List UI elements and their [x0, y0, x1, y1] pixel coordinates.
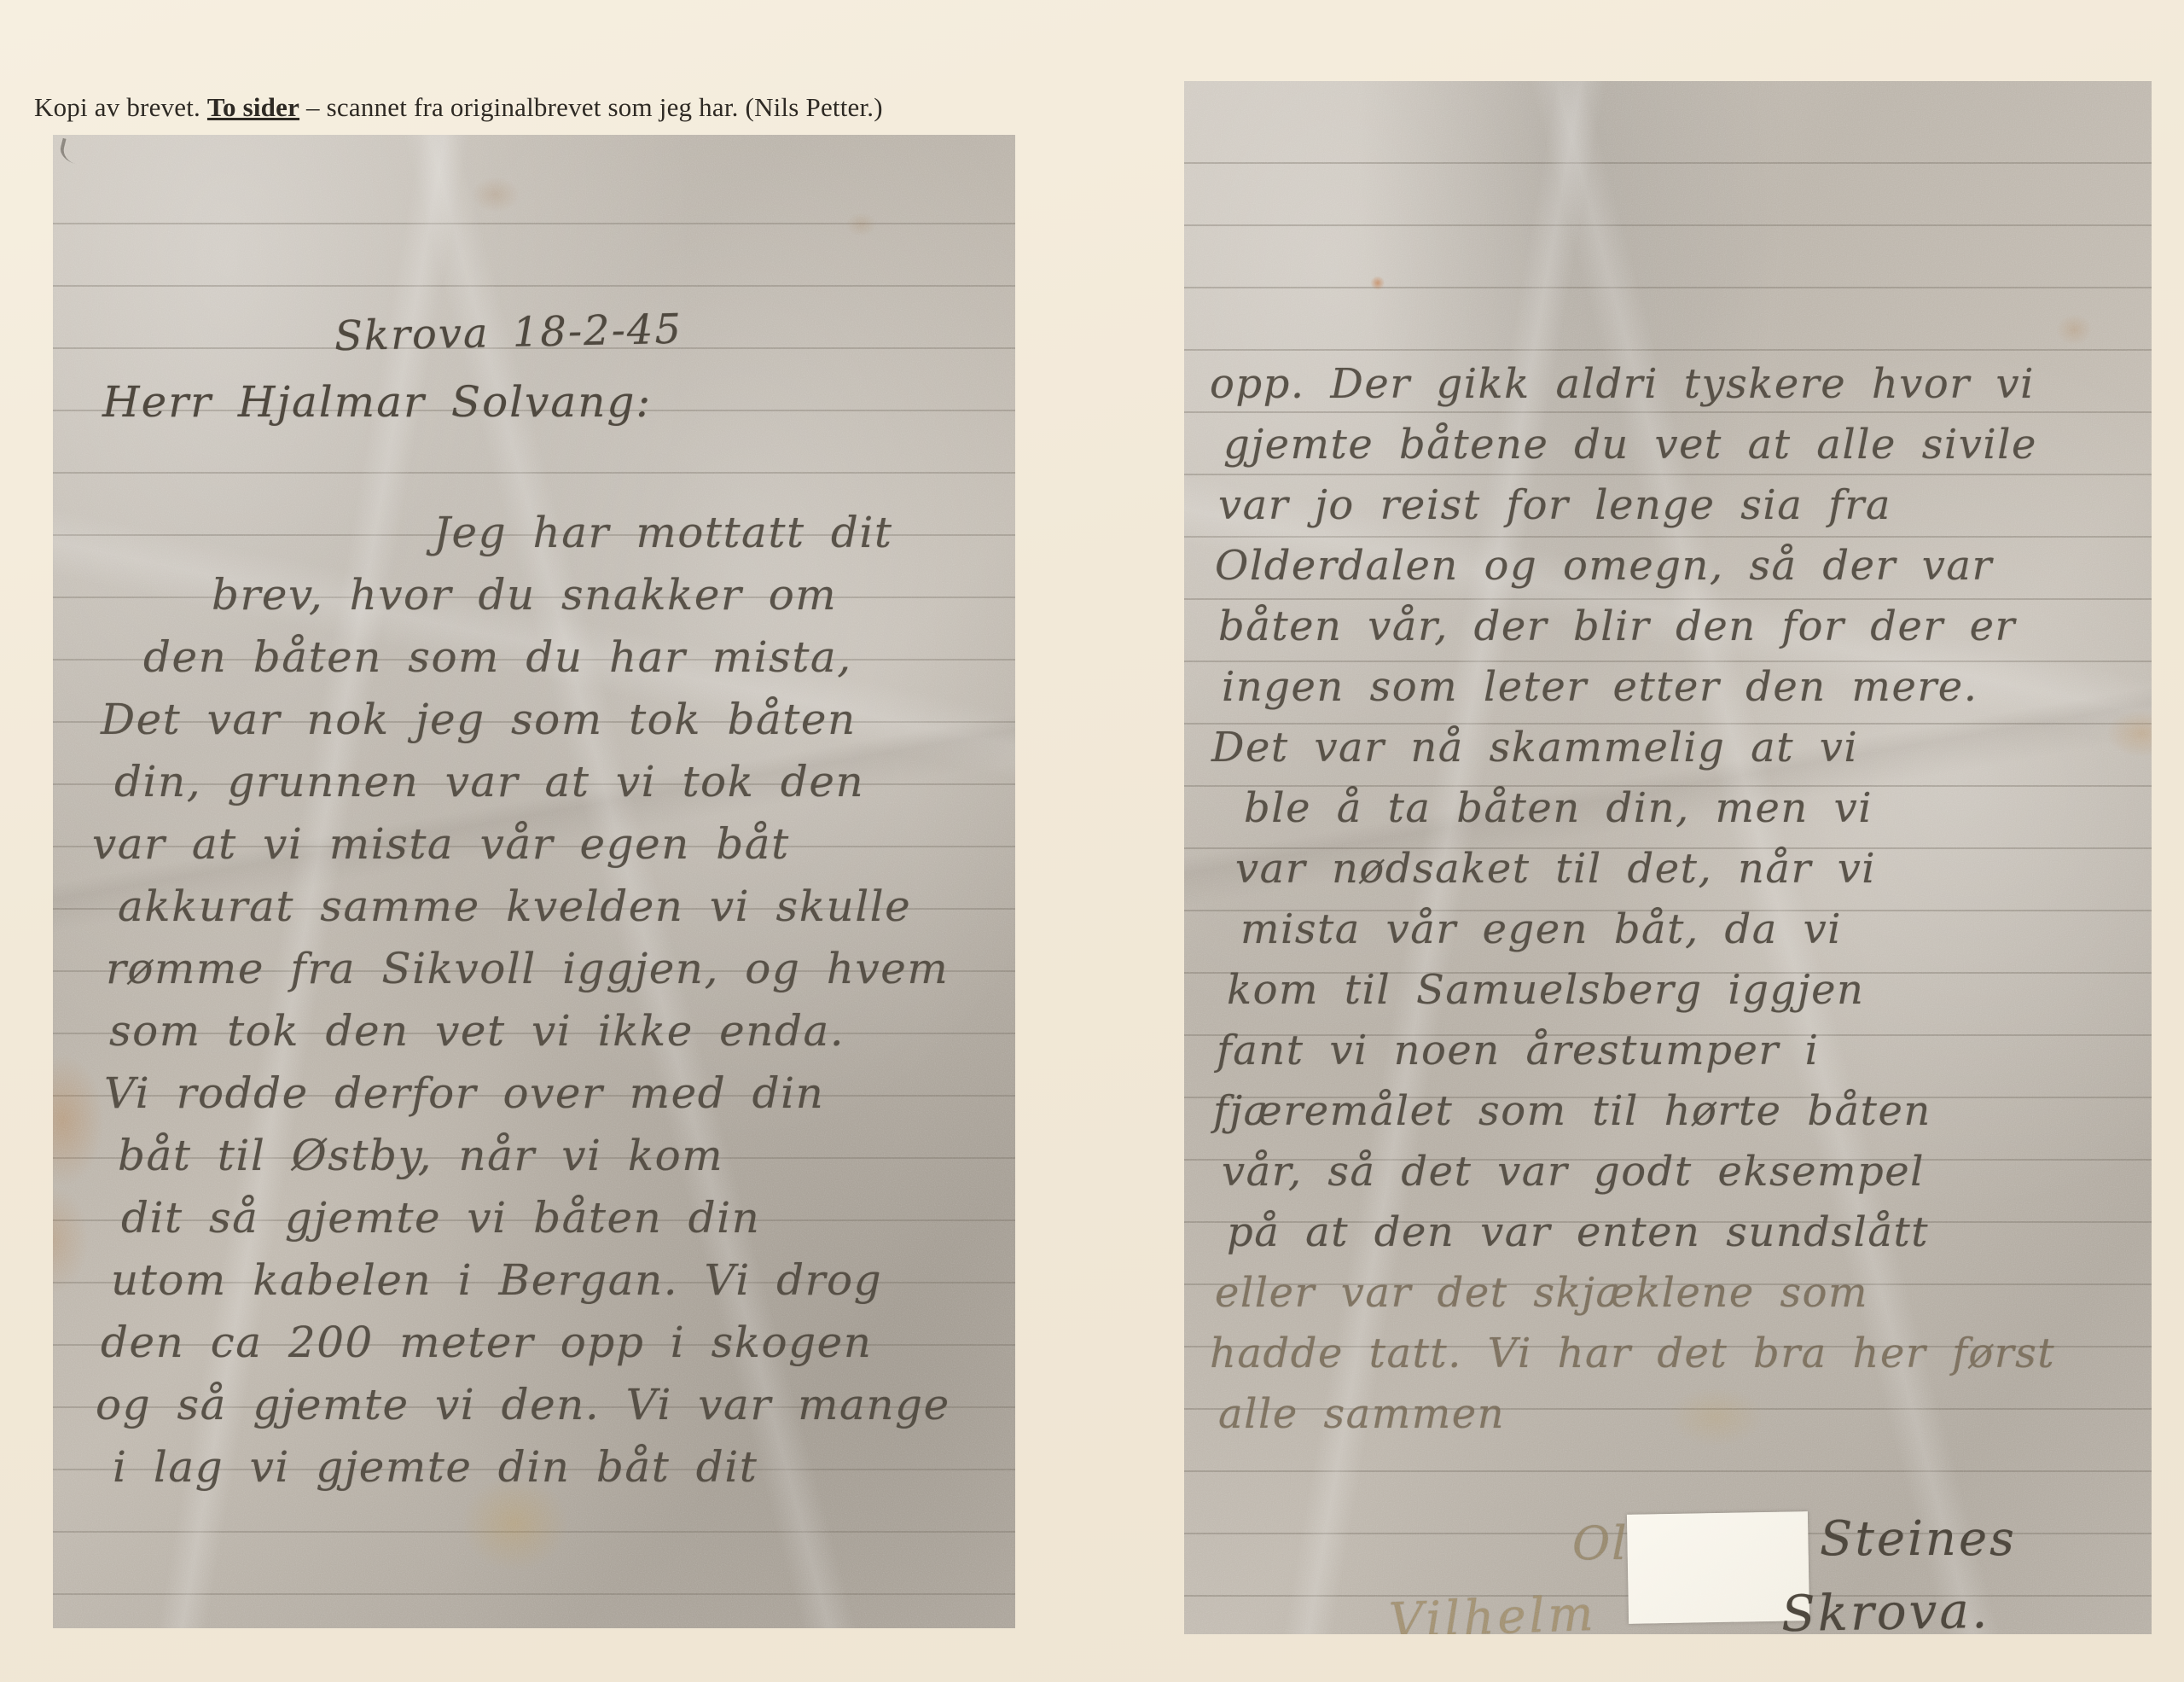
letter-line: rømme fra Sikvoll iggjen, og hvem	[106, 938, 1007, 1000]
letter-body-page-2: opp. Der gikk aldri tyskere hvor vigjemt…	[1210, 354, 2146, 1445]
letter-line: mista vår egen båt, da vi	[1240, 899, 2146, 960]
letter-line: dit så gjemte vi båten din	[121, 1187, 1007, 1249]
letter-line: var nødsaket til det, når vi	[1235, 839, 2146, 899]
letter-line: Vi rodde derfor over med din	[104, 1062, 1007, 1125]
letter-line: var jo reist for lenge sia fra	[1218, 475, 2146, 536]
letter-line: gjemte båtene du vet at alle sivile	[1223, 415, 2146, 475]
letter-line: den ca 200 meter opp i skogen	[101, 1312, 1007, 1374]
letter-line: som tok den vet vi ikke enda.	[109, 1000, 1007, 1062]
letter-line: opp. Der gikk aldri tyskere hvor vi	[1210, 354, 2146, 415]
letter-line: Jeg har mottatt dit	[433, 502, 1007, 564]
letter-line: fant vi noen årestumper i	[1217, 1021, 2146, 1081]
caption-prefix: Kopi av brevet.	[34, 92, 207, 122]
closing-word-right: Steines	[1820, 1511, 2017, 1567]
letter-line: den båten som du har mista,	[143, 626, 1007, 689]
letter-salutation: Herr Hjalmar Solvang:	[102, 377, 652, 427]
page-background: { "caption": { "prefix": "Kopi av brevet…	[0, 0, 2184, 1682]
letter-scan-page-2: opp. Der gikk aldri tyskere hvor vigjemt…	[1184, 81, 2152, 1634]
letter-scan-page-1: Skrova 18-2-45 Herr Hjalmar Solvang: Jeg…	[53, 135, 1015, 1628]
letter-line: Det var nok jeg som tok båten	[101, 689, 1007, 751]
letter-line: brev, hvor du snakker om	[212, 564, 1007, 626]
letter-line: din, grunnen var at vi tok den	[114, 751, 1007, 813]
letter-line: ingen som leter etter den mere.	[1222, 657, 2146, 718]
caption: Kopi av brevet. To sider – scannet fra o…	[34, 92, 883, 123]
caption-emphasis: To sider	[207, 92, 299, 122]
letter-line: og så gjemte vi den. Vi var mange	[96, 1374, 1007, 1436]
letter-line: i lag vi gjemte din båt dit	[113, 1436, 1007, 1499]
letter-line: Olderdalen og omegn, så der var	[1215, 536, 2146, 597]
letter-line: hadde tatt. Vi har det bra her først	[1210, 1324, 2146, 1384]
caption-suffix: – scannet fra originalbrevet som jeg har…	[299, 92, 883, 122]
letter-line: utom kabelen i Bergan. Vi drog	[111, 1249, 1007, 1312]
letter-line: kom til Samuelsberg iggjen	[1227, 960, 2146, 1021]
letter-dateline: Skrova 18-2-45	[334, 306, 682, 361]
letter-line: vår, så det var godt eksempel	[1222, 1142, 2146, 1202]
letter-line: på at den var enten sundslått	[1227, 1202, 2146, 1263]
letter-line: fjæremålet som til hørte båten	[1213, 1081, 2146, 1142]
letter-line: ble å ta båten din, men vi	[1244, 778, 2146, 839]
paper-corner-curl	[57, 138, 94, 167]
letter-line: var at vi mista vår egen båt	[92, 813, 1007, 876]
letter-line: eller var det skjæklene som	[1215, 1263, 2146, 1324]
signature-first-name: Vilhelm	[1388, 1586, 1598, 1634]
letter-line: alle sammen	[1218, 1384, 2146, 1445]
letter-body-page-1: Jeg har mottatt ditbrev, hvor du snakker…	[92, 502, 1007, 1499]
letter-line: Det var nå skammelig at vi	[1211, 718, 2146, 778]
letter-line: båten vår, der blir den for der er	[1218, 597, 2146, 657]
letter-line: båt til Østby, når vi kom	[118, 1125, 1007, 1187]
signature-place: Skrova.	[1780, 1581, 1989, 1634]
letter-line: akkurat samme kvelden vi skulle	[118, 876, 1007, 938]
